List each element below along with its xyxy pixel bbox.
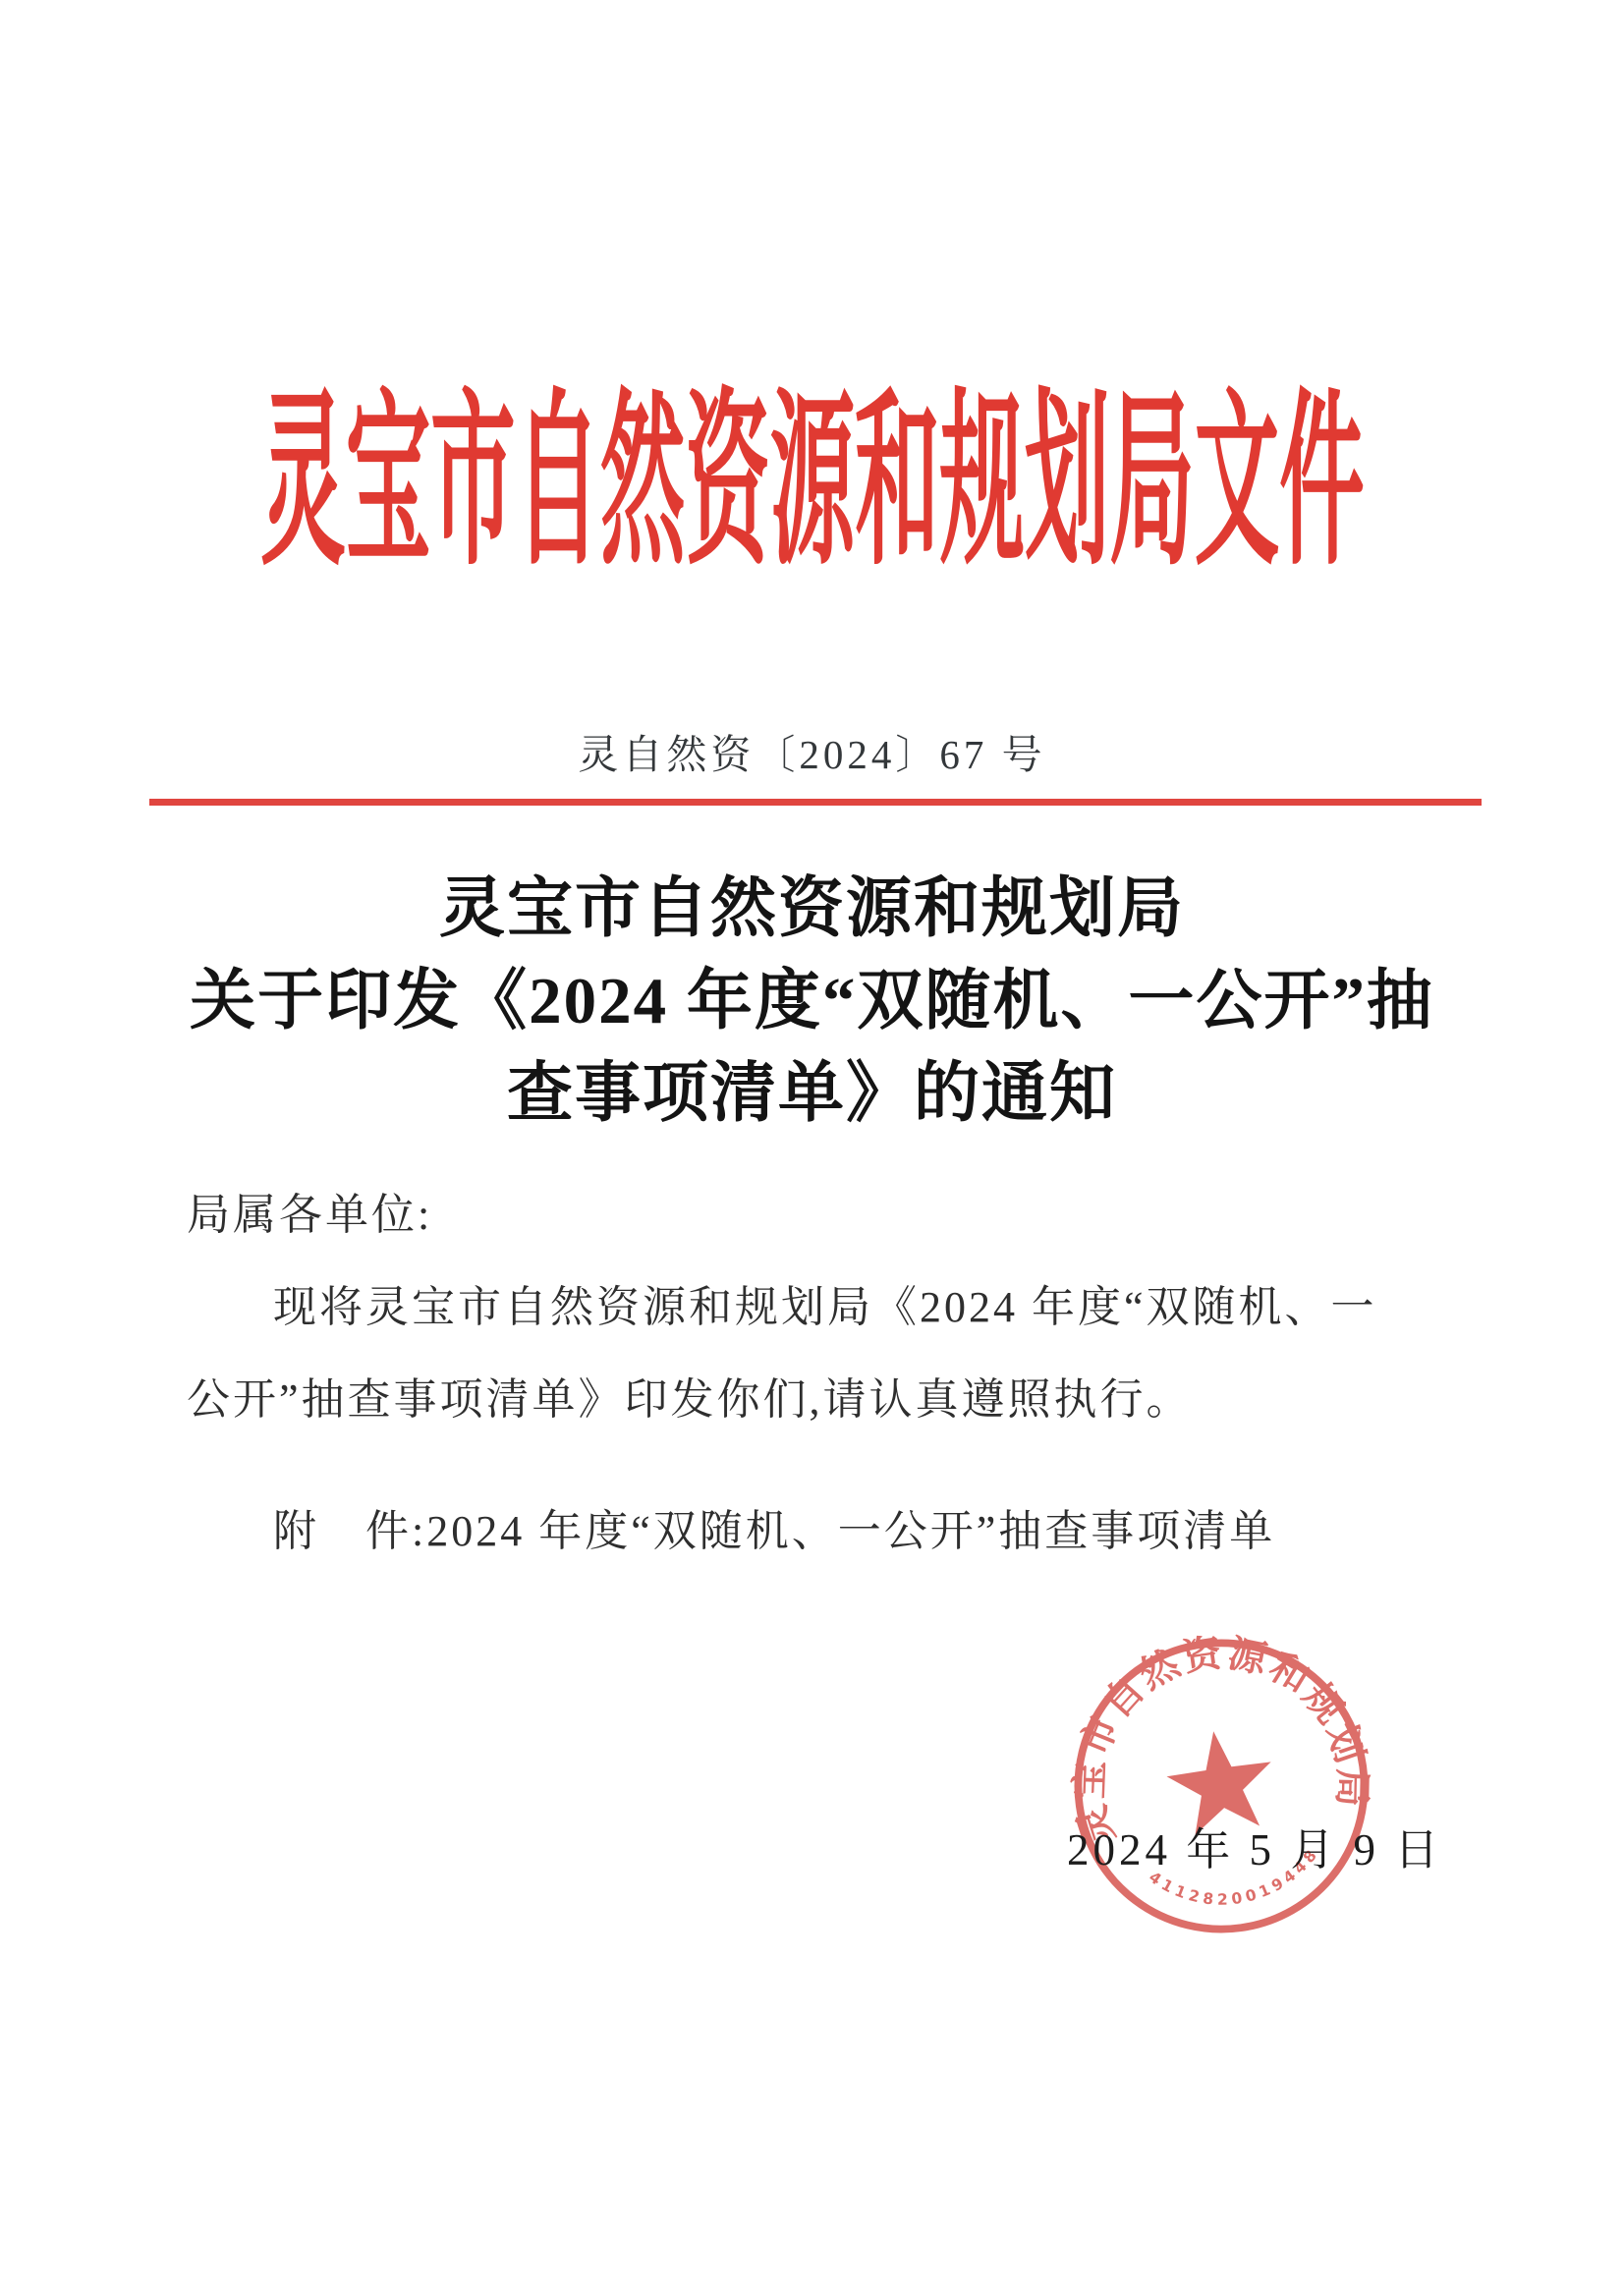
document-date: 2024 年 5 月 9 日 xyxy=(1067,1814,1442,1877)
document-title-line1: 灵宝市自然资源和规划局 xyxy=(0,863,1624,955)
document-number: 灵自然资〔2024〕67 号 xyxy=(0,731,1624,779)
body-paragraph-line1: 现将灵宝市自然资源和规划局《2024 年度“双随机、一 xyxy=(273,1271,1377,1334)
document-title: 灵宝市自然资源和规划局 关于印发《2024 年度“双随机、一公开”抽 查事项清单… xyxy=(0,863,1624,1140)
document-title-line3: 查事项清单》的通知 xyxy=(0,1047,1624,1140)
official-seal: 灵宝市自然资源和规划局 4112820019448 xyxy=(1059,1624,1383,1948)
masthead: 灵宝市自然资源和规划局文件 xyxy=(0,389,1624,507)
masthead-title: 灵宝市自然资源和规划局文件 xyxy=(260,389,1364,578)
body-paragraph-line2: 公开”抽查事项清单》印发你们,请认真遵照执行。 xyxy=(187,1364,1193,1427)
document-title-line2: 关于印发《2024 年度“双随机、一公开”抽 xyxy=(0,955,1624,1047)
attachment-line: 附 件:2024 年度“双随机、一公开”抽查事项清单 xyxy=(273,1495,1275,1558)
salutation: 局属各单位: xyxy=(187,1179,432,1242)
red-divider-line xyxy=(149,799,1482,806)
official-document-page: 灵宝市自然资源和规划局文件 灵自然资〔2024〕67 号 灵宝市自然资源和规划局… xyxy=(0,0,1624,2295)
